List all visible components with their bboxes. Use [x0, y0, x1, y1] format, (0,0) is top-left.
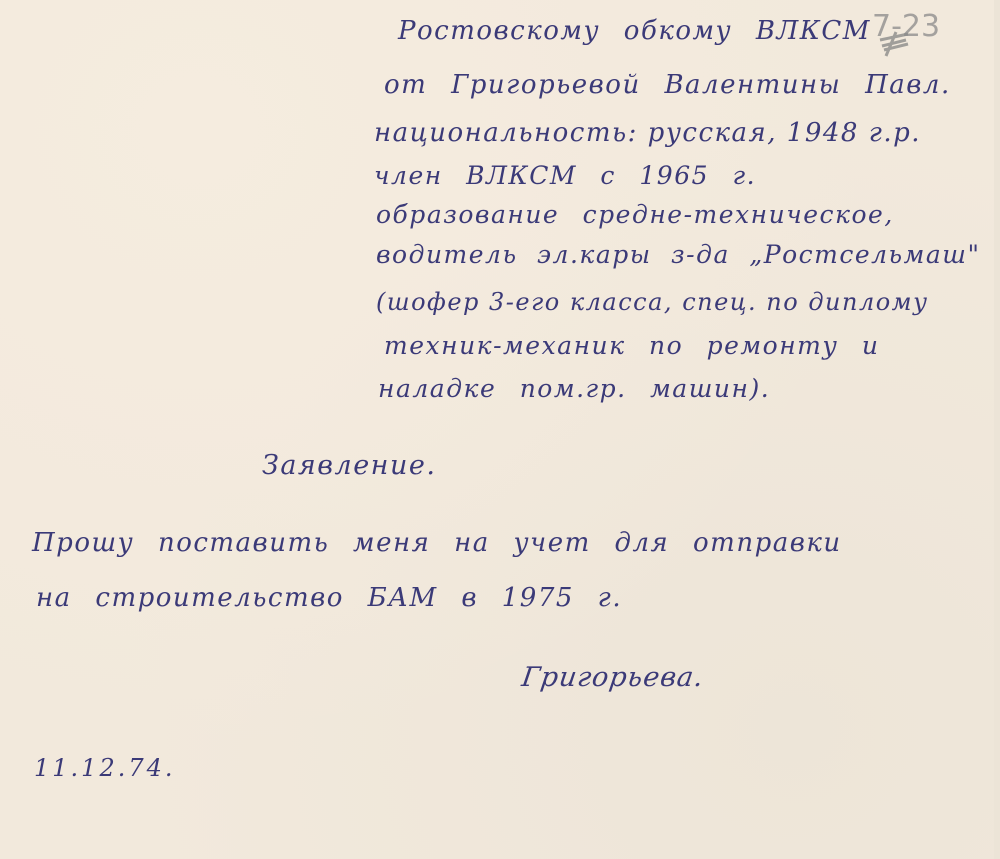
header-line-nationality: национальность: русская, 1948 г.р. [374, 120, 921, 146]
document-title: Заявление. [262, 452, 436, 479]
header-line-qualification: (шофер 3-его класса, спец. по диплому [376, 290, 929, 314]
signature: Григорьева. [520, 662, 706, 693]
body-line-1: Прошу поставить меня на учет для отправк… [32, 530, 842, 556]
archive-number: 7-23 [872, 12, 940, 42]
body-line-2: на строительство БАМ в 1975 г. [36, 585, 622, 611]
document-date: 11.12.74. [34, 756, 176, 780]
header-line-from: от Григорьевой Валентины Павл. [384, 72, 951, 98]
page-edge [994, 0, 1000, 859]
header-line-specialty-cont: наладке пом.гр. машин). [378, 376, 770, 401]
header-line-specialty: техник-механик по ремонту и [384, 333, 879, 358]
header-line-membership: член ВЛКСМ с 1965 г. [374, 163, 756, 188]
header-line-education: образование средне-техническое, [376, 202, 894, 227]
document-page: 7-23 Ростовскому обкому ВЛКСМ от Григорь… [0, 0, 995, 859]
header-line-occupation: водитель эл.кары з-да „Ростсельмаш" [376, 242, 981, 267]
header-line-addressee: Ростовскому обкому ВЛКСМ [398, 18, 871, 44]
